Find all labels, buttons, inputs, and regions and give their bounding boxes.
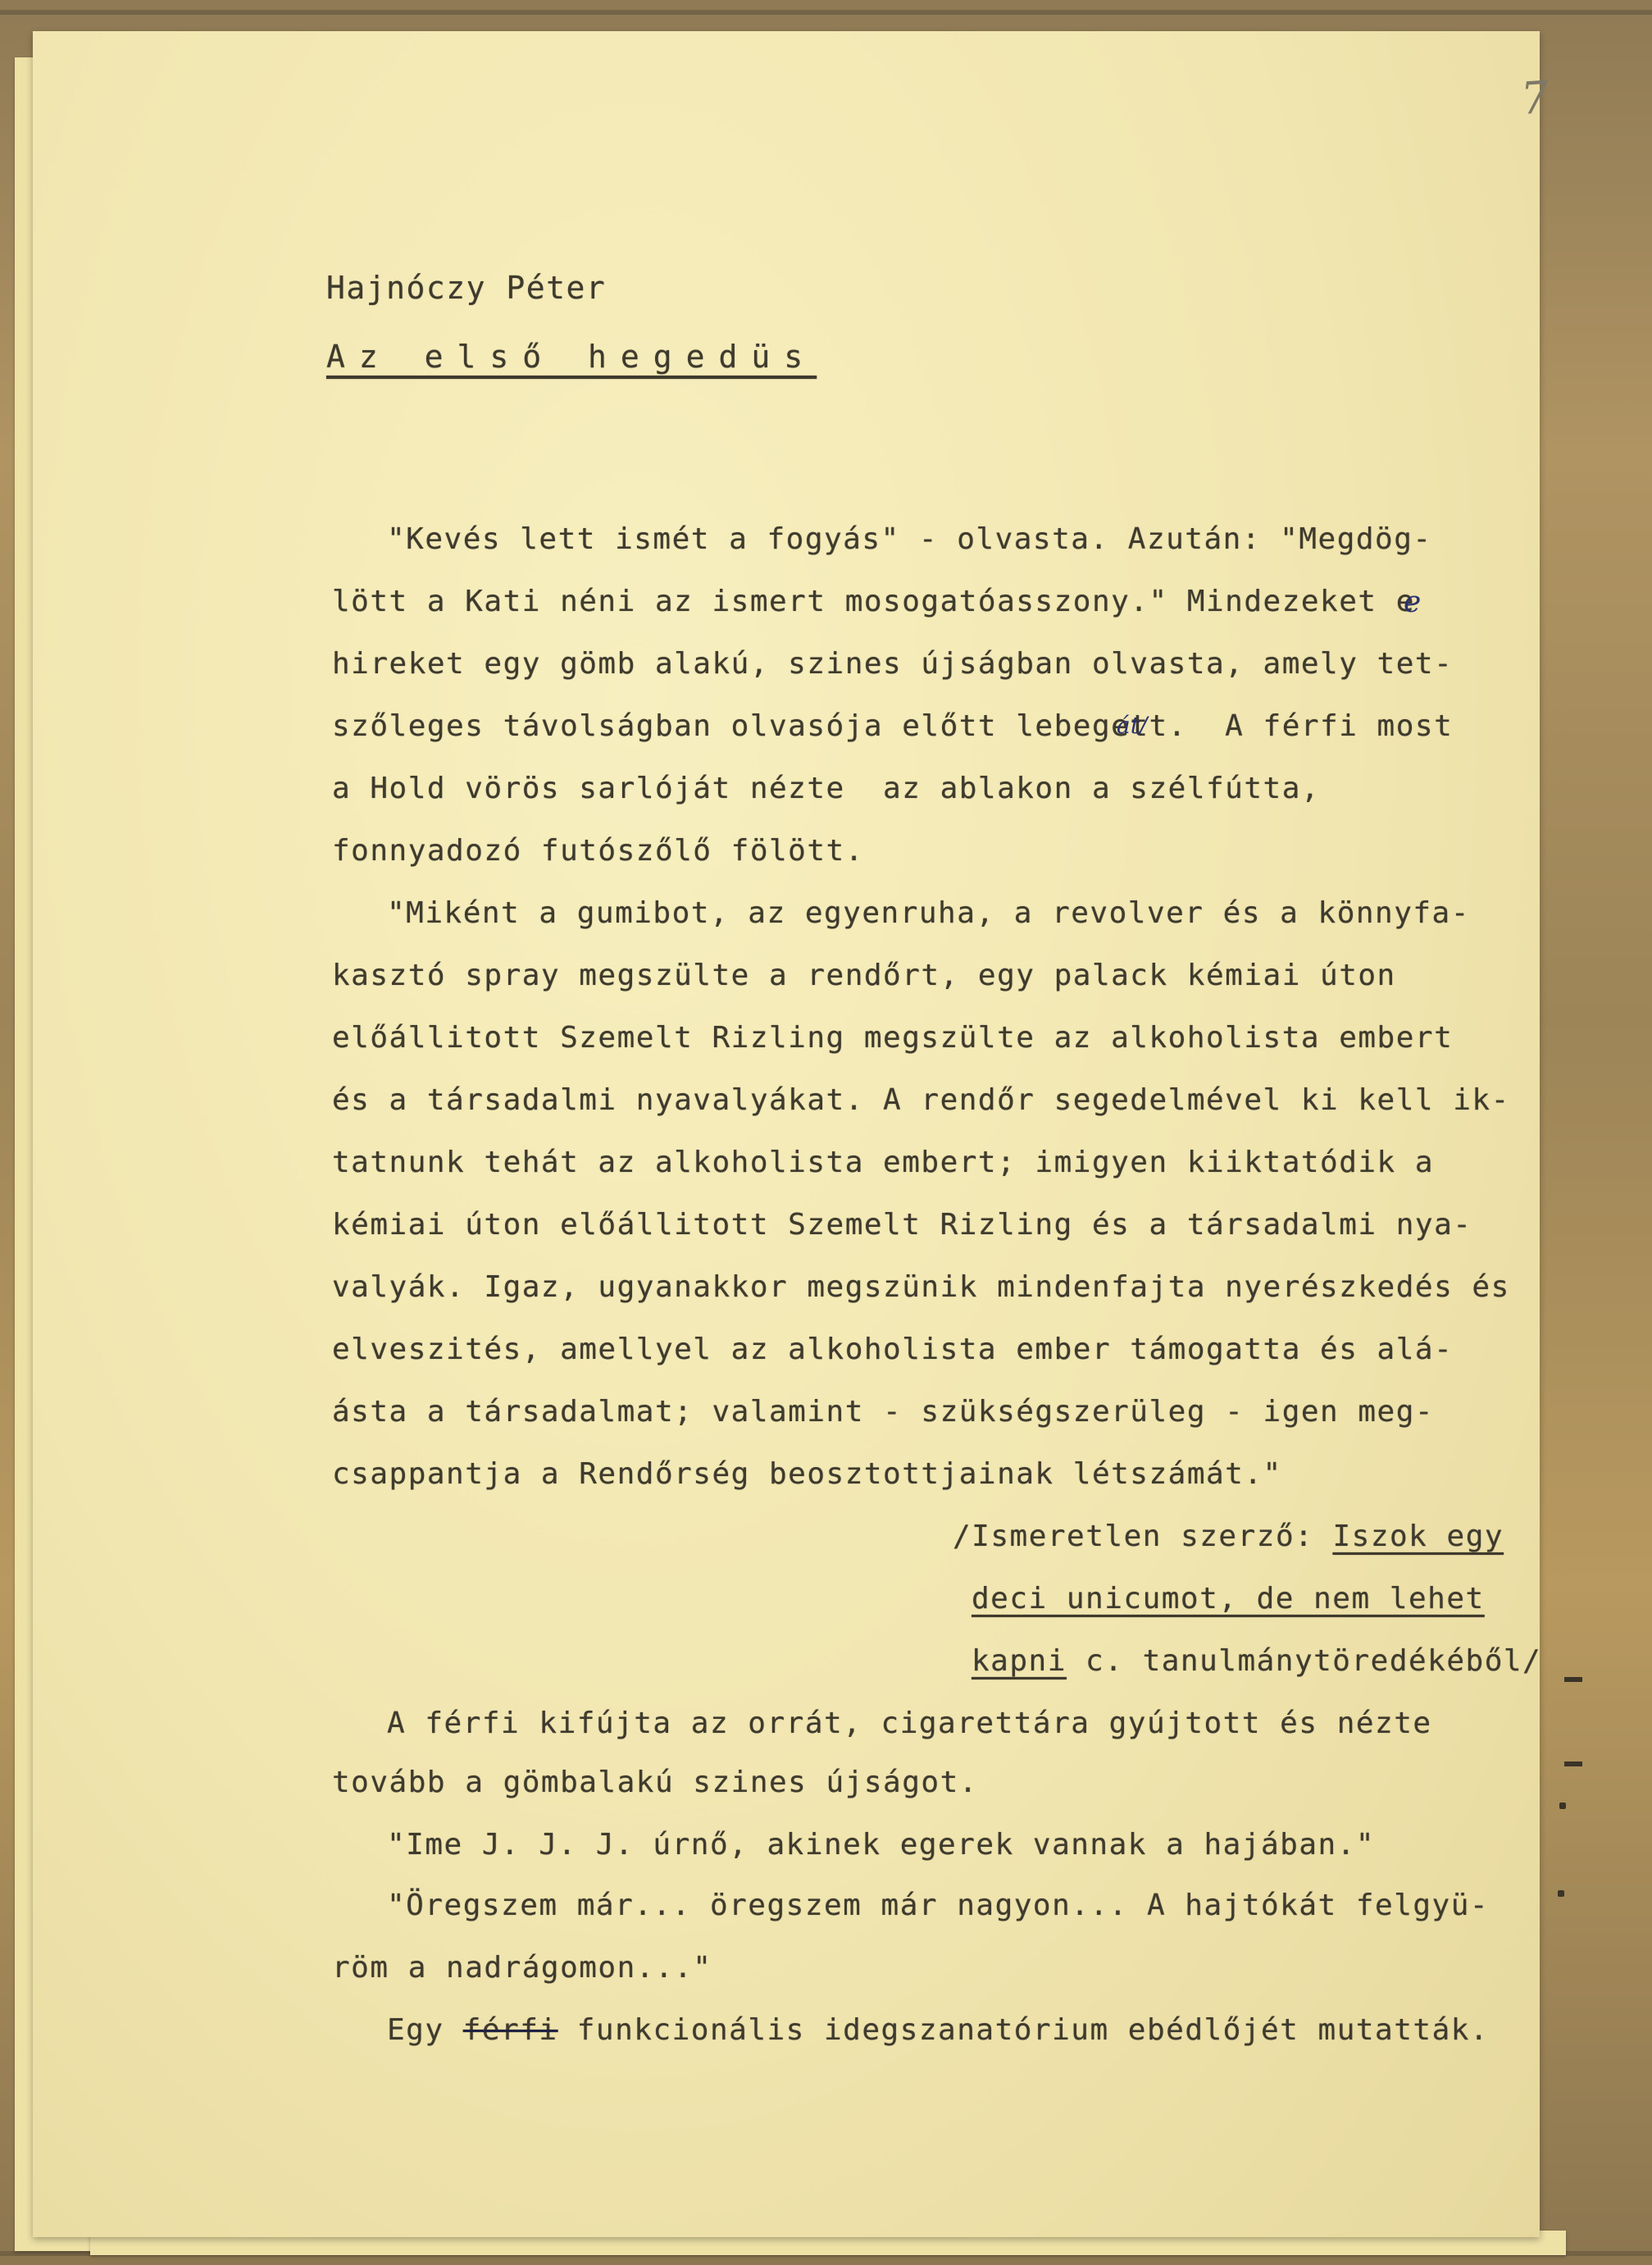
text-line: tovább a gömbalakú szines újságot. [332, 1768, 978, 1798]
text-line: hireket egy gömb alakú, szines újságban … [332, 649, 1453, 679]
text-prefix: Egy [387, 2013, 463, 2047]
text-line: "Ime J. J. J. úrnő, akinek egerek vannak… [387, 1830, 1375, 1860]
text-line: "Kevés lett ismét a fogyás" - olvasta. A… [387, 525, 1432, 554]
text-line: a Hold vörös sarlóját nézte az ablakon a… [332, 774, 1320, 804]
story-title: Az első hegedüs [326, 341, 817, 372]
citation-line: /Ismeretlen szerző: Iszok egy [953, 1522, 1504, 1552]
text-line: elveszités, amellyel az alkoholista embe… [332, 1335, 1453, 1365]
citation-title: deci unicumot, de nem lehet [972, 1582, 1485, 1616]
text-line: Egy férfi funkcionális idegszanatórium e… [387, 2016, 1489, 2045]
handwritten-correction: át/ [1117, 712, 1147, 739]
citation-title: Iszok egy [1332, 1520, 1504, 1553]
struck-word: férfi [463, 2013, 558, 2047]
citation-line: kapni c. tanulmánytöredékéből/ [972, 1647, 1541, 1676]
text-line: ásta a társadalmat; valamint - szükségsz… [332, 1397, 1434, 1427]
handwritten-insert: e [1404, 586, 1421, 619]
text-line: "Miként a gumibot, az egyenruha, a revol… [387, 899, 1470, 928]
margin-mark [1564, 1761, 1582, 1766]
text-suffix: funkcionális idegszanatórium ebédlőjét m… [558, 2013, 1490, 2047]
text-line: fonnyadozó futószőlő fölött. [332, 836, 864, 866]
wood-grain [0, 10, 1652, 15]
citation-prefix: /Ismeretlen szerző: [953, 1520, 1332, 1553]
text-line: tatnunk tehát az alkoholista embert; imi… [332, 1148, 1434, 1178]
text-line: kémiai úton előállitott Szemelt Rizling … [332, 1210, 1472, 1240]
citation-suffix: c. tanulmánytöredékéből/ [1067, 1644, 1541, 1678]
margin-mark [1564, 1677, 1582, 1682]
text-line: valyák. Igaz, ugyanakkor megszünik minde… [332, 1273, 1510, 1302]
text-line: csappantja a Rendőrség beosztottjainak l… [332, 1460, 1282, 1489]
text-line: "Öregszem már... öregszem már nagyon... … [387, 1891, 1489, 1921]
text-line: és a társadalmi nyavalyákat. A rendőr se… [332, 1086, 1510, 1115]
page-number: 7 [1519, 71, 1551, 125]
text-line: A férfi kifújta az orrát, cigarettára gy… [387, 1709, 1432, 1739]
author-name: Hajnóczy Péter [326, 272, 606, 303]
text-line: szőleges távolságban olvasója előtt lebe… [332, 712, 1453, 741]
text-line: röm a nadrágomon..." [332, 1953, 712, 1983]
citation-line: deci unicumot, de nem lehet [972, 1584, 1485, 1614]
margin-mark [1559, 1802, 1566, 1809]
margin-mark [1558, 1890, 1564, 1897]
citation-title: kapni [972, 1644, 1067, 1678]
text-line: lött a Kati néni az ismert mosogatóasszo… [332, 587, 1415, 617]
text-line: előállitott Szemelt Rizling megszülte az… [332, 1023, 1453, 1053]
text-line: kasztó spray megszülte a rendőrt, egy pa… [332, 961, 1396, 991]
